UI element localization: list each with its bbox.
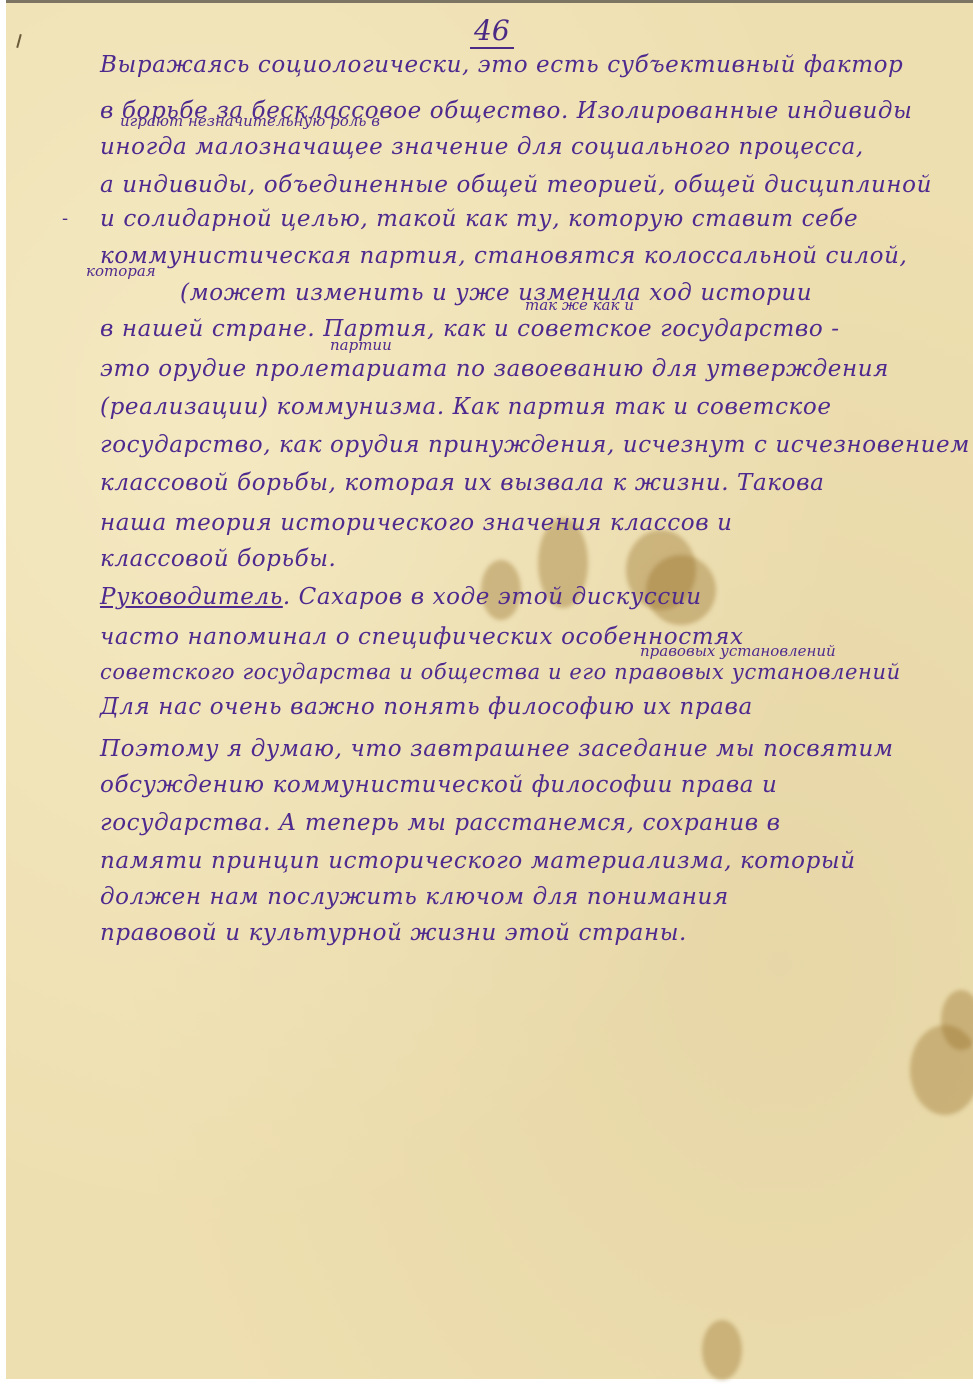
- page-number: 46: [470, 14, 514, 49]
- manuscript-line: и солидарной целью, такой как ту, котору…: [100, 206, 960, 232]
- manuscript-line: государства. А теперь мы расстанемся, со…: [100, 810, 960, 836]
- manuscript-line: обсуждению коммунистической философии пр…: [100, 772, 960, 798]
- manuscript-line: Выражаясь социологически, это есть субъе…: [100, 52, 960, 78]
- manuscript-line: Руководитель. Сахаров в ходе этой дискус…: [100, 584, 960, 610]
- manuscript-line: наша теория исторического значения класс…: [100, 510, 960, 536]
- interlinear-insert: партии: [330, 336, 392, 354]
- manuscript-line: а индивиды, объединенные общей теорией, …: [100, 172, 960, 198]
- manuscript-line: должен нам послужить ключом для понимани…: [100, 884, 960, 910]
- interlinear-insert: так же как и: [525, 296, 634, 314]
- manuscript-line: памяти принцип исторического материализм…: [100, 848, 960, 874]
- manuscript-line: классовой борьбы.: [100, 546, 960, 572]
- manuscript-line: иногда малозначащее значение для социаль…: [100, 134, 960, 160]
- line-text: . Сахаров в ходе этой дискуссии: [283, 584, 702, 610]
- water-stain: [941, 990, 973, 1050]
- manuscript-line: советского государства и общества и его …: [100, 660, 960, 684]
- manuscript-line: (реализации) коммунизма. Как партия так …: [100, 394, 960, 420]
- manuscript-line: Поэтому я думаю, что завтрашнее заседани…: [100, 736, 960, 762]
- manuscript-line: это орудие пролетариата по завоеванию дл…: [100, 356, 960, 382]
- manuscript-line: классовой борьбы, которая их вызвала к ж…: [100, 470, 960, 496]
- water-stain: [702, 1320, 742, 1380]
- manuscript-line: в нашей стране. Партия, как и советское …: [100, 316, 960, 342]
- manuscript-line: правовой и культурной жизни этой страны.: [100, 920, 960, 946]
- interlinear-insert: играют незначительную роль в: [120, 112, 380, 130]
- manuscript-line: государство, как орудия принуждения, исч…: [100, 432, 960, 458]
- scan-top-edge: [6, 0, 973, 3]
- manuscript-line: коммунистическая партия, становятся коло…: [100, 243, 960, 269]
- margin-insert: которая: [86, 262, 156, 280]
- margin-dash: -: [62, 208, 68, 229]
- speaker-label: Руководитель: [100, 584, 283, 610]
- interlinear-insert: правовых установлений: [640, 642, 836, 660]
- manuscript-line: Для нас очень важно понять философию их …: [100, 694, 960, 720]
